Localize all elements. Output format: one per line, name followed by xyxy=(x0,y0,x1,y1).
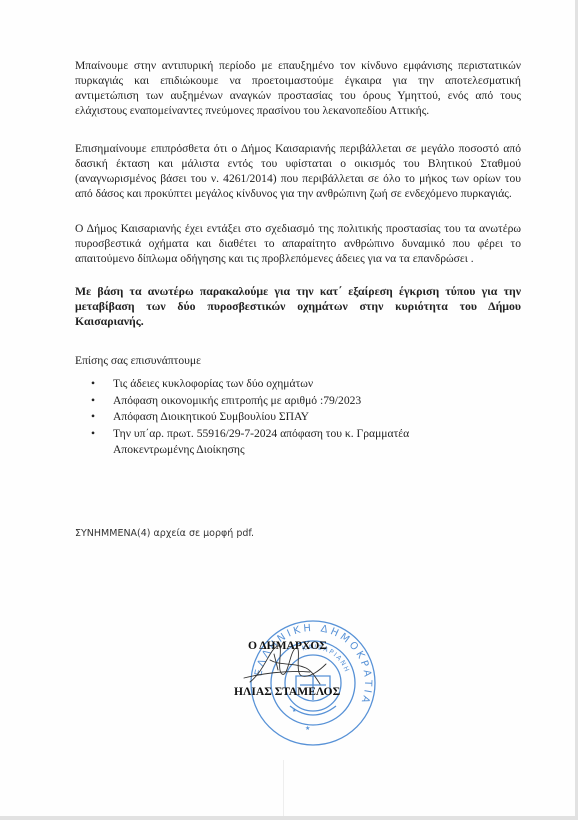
bullet-icon: • xyxy=(91,426,95,443)
bullet-icon: • xyxy=(91,393,95,410)
bullet-icon: • xyxy=(91,376,95,393)
attachment-text-continued: Αποκεντρωμένης Διοίκησης xyxy=(113,442,475,459)
list-item: • Την υπ΄αρ. πρωτ. 55916/29-7-2024 απόφα… xyxy=(75,426,475,459)
svg-text:★: ★ xyxy=(305,725,310,732)
paragraph-civil-protection: Ο Δήμος Καισαριανής έχει εντάξει στο σχε… xyxy=(75,221,521,266)
scan-artifact-line xyxy=(283,760,284,816)
attachment-text: Την υπ΄αρ. πρωτ. 55916/29-7-2024 απόφαση… xyxy=(113,427,409,440)
svg-text:★: ★ xyxy=(292,708,297,714)
attachment-text: Τις άδειες κυκλοφορίας των δύο οχημάτων xyxy=(113,377,313,390)
document-page: Μπαίνουμε στην αντιπυρική περίοδο με επα… xyxy=(0,0,575,816)
paragraph-forest-risk: Επισημαίνουμε επιπρόσθετα ότι ο Δήμος Κα… xyxy=(75,141,521,201)
bullet-icon: • xyxy=(91,409,95,426)
list-item: • Απόφαση Διοικητικού Συμβουλίου ΣΠΑΥ xyxy=(75,409,475,426)
paragraph-request: Με βάση τα ανωτέρω παρακαλούμε για την κ… xyxy=(75,284,521,329)
list-item: • Τις άδειες κυκλοφορίας των δύο οχημάτω… xyxy=(75,376,475,393)
handwritten-signature-icon xyxy=(240,640,330,690)
attachments-note: ΣΥΝΗΜΜΕΝΑ(4) αρχεία σε μορφή pdf. xyxy=(75,528,254,539)
attachment-text: Απόφαση οικονομικής επιτροπής με αριθμό … xyxy=(113,394,361,407)
list-item: • Απόφαση οικονομικής επιτροπής με αριθμ… xyxy=(75,393,475,410)
attachment-text: Απόφαση Διοικητικού Συμβουλίου ΣΠΑΥ xyxy=(113,410,309,423)
paragraph-fire-season: Μπαίνουμε στην αντιπυρική περίοδο με επα… xyxy=(75,58,521,118)
attachments-intro: Επίσης σας επισυνάπτουμε xyxy=(75,354,201,367)
attachments-list: • Τις άδειες κυκλοφορίας των δύο οχημάτω… xyxy=(75,376,475,459)
